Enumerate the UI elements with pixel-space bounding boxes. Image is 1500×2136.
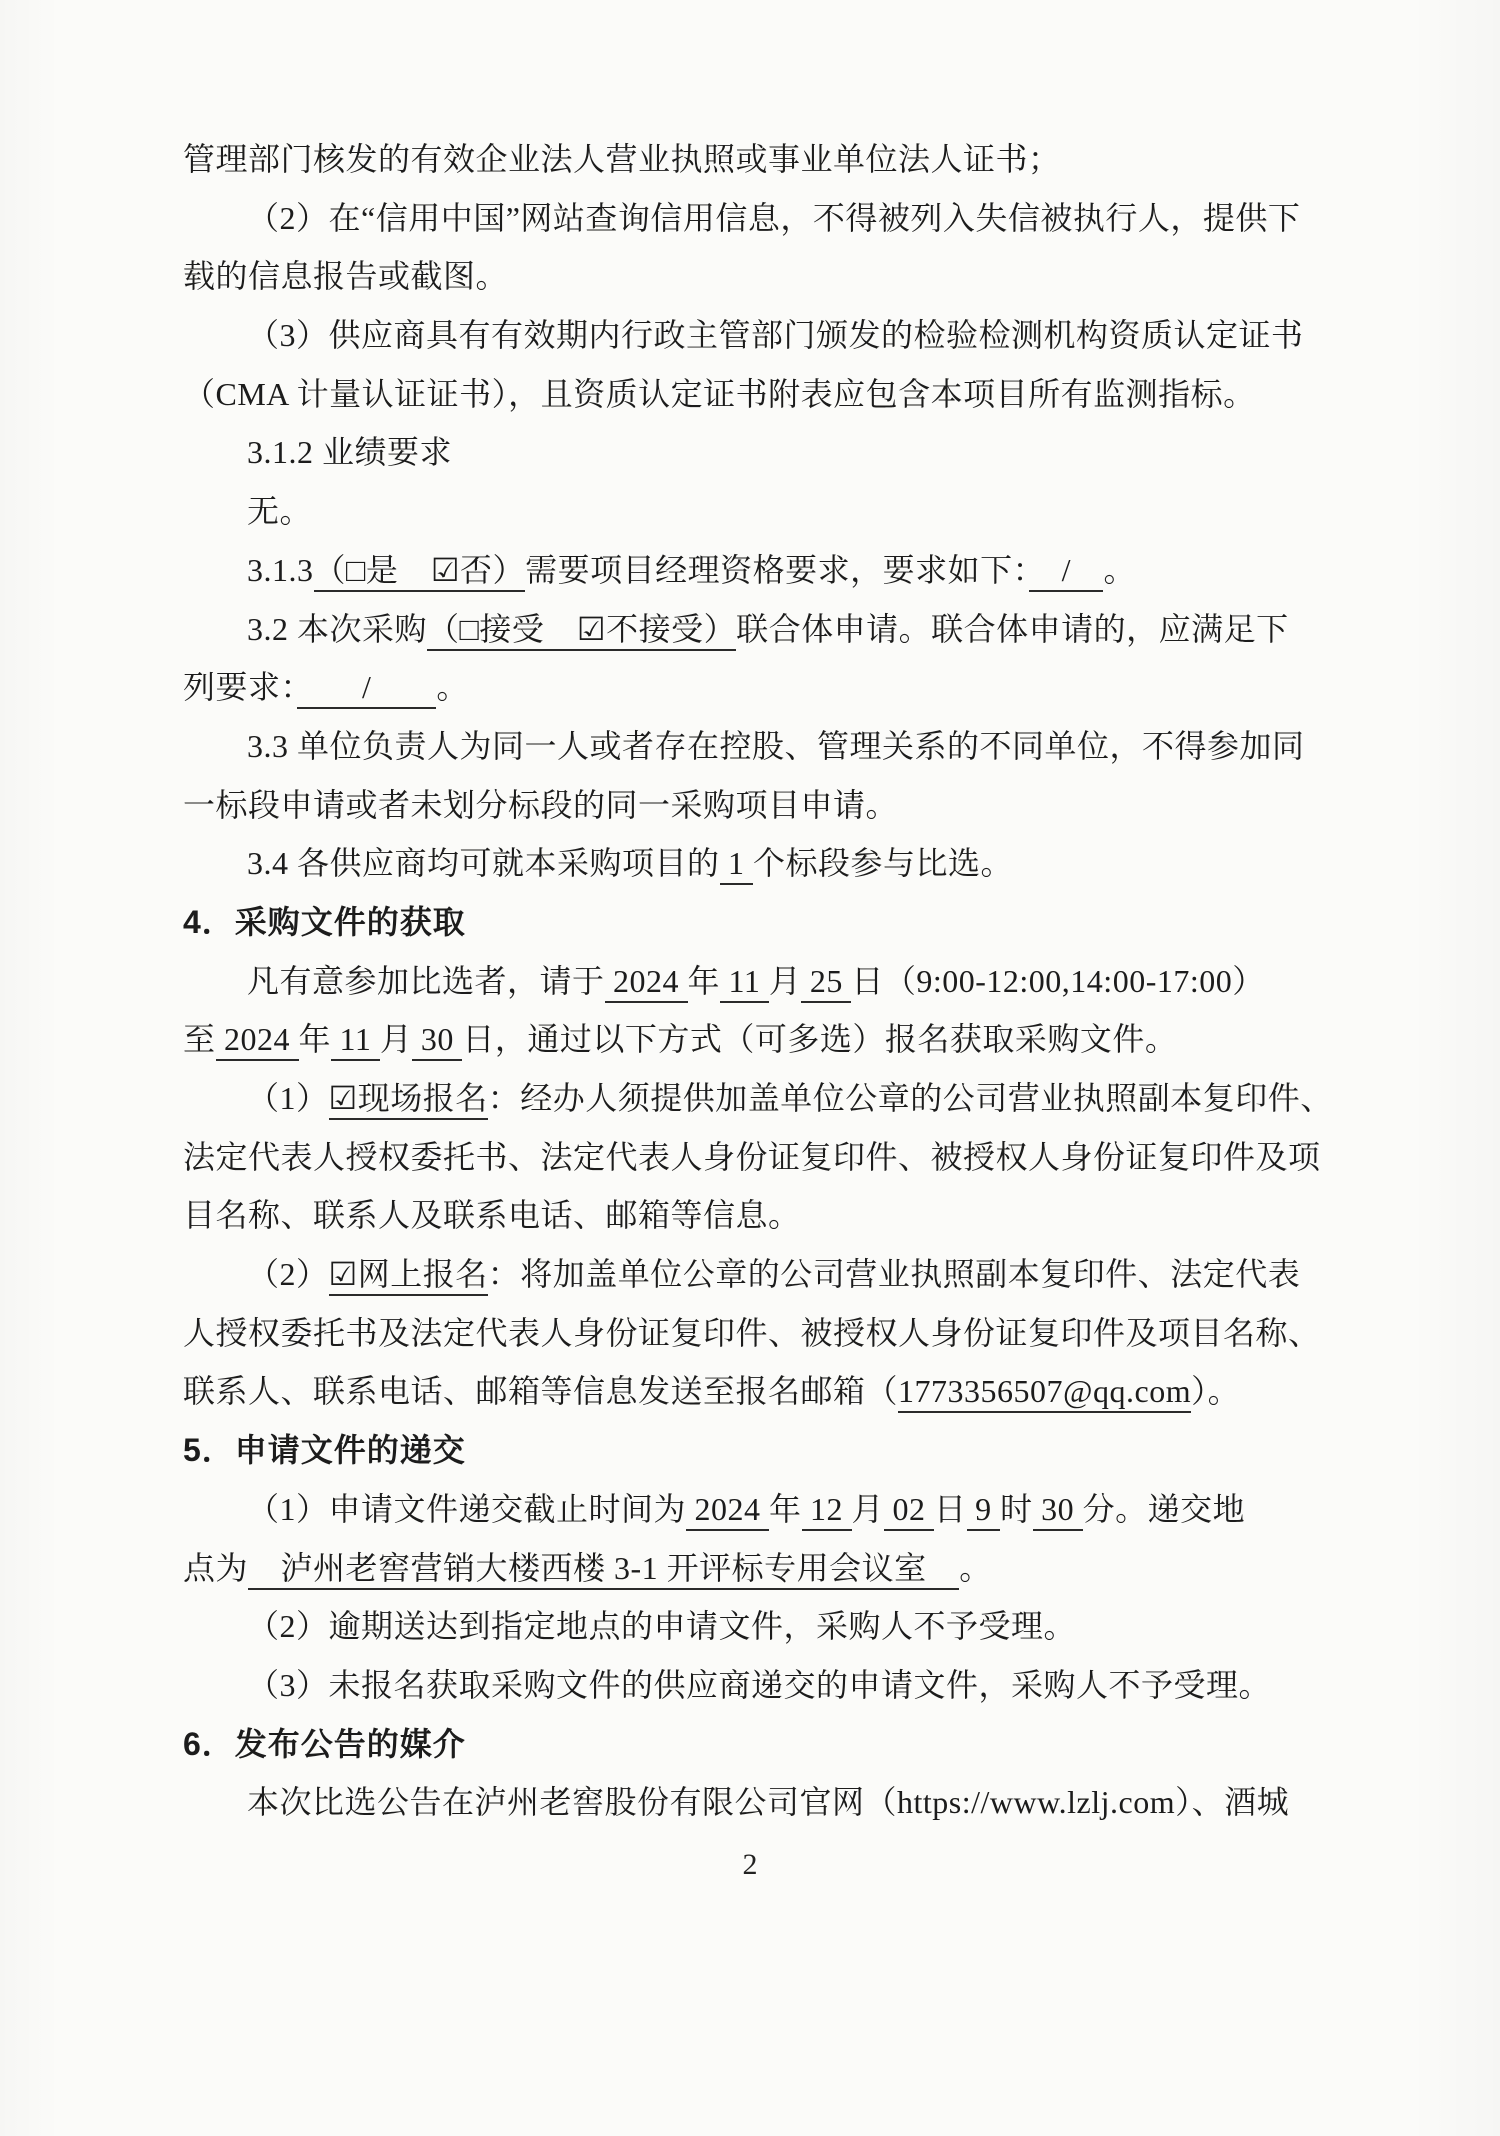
text-line: 至 2024 年 11 月 30 日，通过以下方式（可多选）报名获取采购文件。	[183, 1010, 1333, 1069]
underlined-text: 25	[801, 963, 851, 1003]
section-heading: 6．发布公告的媒介	[183, 1715, 1333, 1774]
checkbox-checked-icon: ☑	[329, 1080, 358, 1120]
underlined-text: （	[314, 552, 347, 592]
text-run: 。	[436, 669, 469, 705]
text-run: 。	[1103, 552, 1136, 588]
text-run: 人授权委托书及法定代表人身份证复印件、被授权人身份证复印件及项目名称、	[183, 1315, 1321, 1351]
text-run: 日，通过以下方式（可多选）报名获取采购文件。	[462, 1021, 1177, 1057]
text-run: 日	[934, 1491, 967, 1527]
text-line: （2）在“信用中国”网站查询信用信息，不得被列入失信被执行人，提供下	[183, 189, 1333, 248]
underlined-text: 是	[366, 552, 431, 592]
text-run: 凡有意参加比选者，请于	[247, 963, 605, 999]
underlined-text: （	[427, 611, 460, 651]
text-line: 载的信息报告或截图。	[183, 247, 1333, 306]
section-heading: 5．申请文件的递交	[183, 1421, 1333, 1480]
underlined-text: 2024	[686, 1491, 769, 1531]
text-run: 列要求：	[183, 669, 297, 705]
text-line: 无。	[183, 482, 1333, 541]
text-run: （2）	[247, 1256, 329, 1292]
checkbox-checked-icon: ☑	[431, 552, 460, 592]
text-run: 联合体申请。联合体申请的，应满足下	[736, 611, 1289, 647]
underlined-text: 02	[884, 1491, 934, 1531]
text-run: 月	[380, 1021, 413, 1057]
text-run: 5．申请文件的递交	[183, 1432, 466, 1468]
text-line: 列要求： / 。	[183, 658, 1333, 717]
underlined-text: 12	[802, 1491, 852, 1531]
text-run: （CMA 计量认证证书），且资质认定证书附表应包含本项目所有监测指标。	[183, 376, 1256, 412]
underlined-text: 11	[331, 1021, 380, 1061]
underlined-text: 1	[720, 845, 754, 885]
text-line: （CMA 计量认证证书），且资质认定证书附表应包含本项目所有监测指标。	[183, 365, 1333, 424]
text-line: 人授权委托书及法定代表人身份证复印件、被授权人身份证复印件及项目名称、	[183, 1304, 1333, 1363]
text-run: 联系人、联系电话、邮箱等信息发送至报名邮箱（	[183, 1373, 898, 1409]
text-run: 。	[959, 1550, 992, 1586]
text-line: 法定代表人授权委托书、法定代表人身份证复印件、被授权人身份证复印件及项	[183, 1128, 1333, 1187]
text-run: 个标段参与比选。	[753, 845, 1013, 881]
text-run: 月	[852, 1491, 885, 1527]
text-run: （3）供应商具有有效期内行政主管部门颁发的检验检测机构资质认定证书	[247, 317, 1304, 353]
text-line: 点为 泸州老窖营销大楼西楼 3-1 开评标专用会议室 。	[183, 1539, 1333, 1598]
page-number: 2	[0, 1848, 1500, 1882]
text-run: 3.1.2 业绩要求	[247, 434, 452, 470]
document-body: 管理部门核发的有效企业法人营业执照或事业单位法人证书；（2）在“信用中国”网站查…	[183, 130, 1333, 1832]
text-run: 4．采购文件的获取	[183, 904, 466, 940]
text-line: （3）未报名获取采购文件的供应商递交的申请文件，采购人不予受理。	[183, 1656, 1333, 1715]
text-line: 目名称、联系人及联系电话、邮箱等信息。	[183, 1186, 1333, 1245]
underlined-text: 11	[720, 963, 769, 1003]
text-run: 3.4 各供应商均可就本采购项目的	[247, 845, 720, 881]
text-line: （1）☑现场报名：经办人须提供加盖单位公章的公司营业执照副本复印件、	[183, 1069, 1333, 1128]
underlined-text: 否）	[460, 552, 525, 592]
text-line: 一标段申请或者未划分标段的同一采购项目申请。	[183, 776, 1333, 835]
text-run: ）。	[1191, 1373, 1240, 1409]
text-run: 本次比选公告在泸州老窖股份有限公司官网（https://www.lzlj.com…	[247, 1784, 1289, 1820]
text-line: 管理部门核发的有效企业法人营业执照或事业单位法人证书；	[183, 130, 1333, 189]
text-line: 3.3 单位负责人为同一人或者存在控股、管理关系的不同单位，不得参加同	[183, 717, 1333, 776]
text-run: 月	[769, 963, 802, 999]
text-run: 时	[1000, 1491, 1033, 1527]
text-run: 年	[299, 1021, 332, 1057]
underlined-text: /	[297, 669, 436, 709]
text-line: 3.1.2 业绩要求	[183, 423, 1333, 482]
underlined-text: 接受	[479, 611, 577, 651]
text-run: 6．发布公告的媒介	[183, 1726, 466, 1762]
text-run: 年	[769, 1491, 802, 1527]
document-page: 管理部门核发的有效企业法人营业执照或事业单位法人证书；（2）在“信用中国”网站查…	[0, 0, 1500, 2136]
underlined-text: 现场报名	[358, 1080, 488, 1120]
underlined-text: 30	[412, 1021, 462, 1061]
text-run: 无。	[247, 493, 312, 529]
checkbox-unchecked-icon: □	[346, 552, 366, 592]
text-run: 目名称、联系人及联系电话、邮箱等信息。	[183, 1197, 801, 1233]
checkbox-checked-icon: ☑	[329, 1256, 358, 1296]
underlined-text: 2024	[216, 1021, 299, 1061]
text-run: 载的信息报告或截图。	[183, 258, 508, 294]
text-line: （3）供应商具有有效期内行政主管部门颁发的检验检测机构资质认定证书	[183, 306, 1333, 365]
text-run: （2）逾期送达到指定地点的申请文件，采购人不予受理。	[247, 1608, 1076, 1644]
text-run: （3）未报名获取采购文件的供应商递交的申请文件，采购人不予受理。	[247, 1667, 1271, 1703]
underlined-text: 1773356507@qq.com	[898, 1373, 1191, 1413]
text-line: （1）申请文件递交截止时间为 2024 年 12 月 02 日 9 时 30 分…	[183, 1480, 1333, 1539]
text-run: 3.3 单位负责人为同一人或者存在控股、管理关系的不同单位，不得参加同	[247, 728, 1305, 764]
underlined-text: /	[1029, 552, 1103, 592]
text-line: 3.1.3（□是 ☑否）需要项目经理资格要求，要求如下： / 。	[183, 541, 1333, 600]
underlined-text: 泸州老窖营销大楼西楼 3-1 开评标专用会议室	[248, 1550, 959, 1590]
text-run: （2）在“信用中国”网站查询信用信息，不得被列入失信被执行人，提供下	[247, 200, 1300, 236]
underlined-text: 2024	[605, 963, 688, 1003]
text-line: （2）逾期送达到指定地点的申请文件，采购人不予受理。	[183, 1597, 1333, 1656]
text-run: 至	[183, 1021, 216, 1057]
underlined-text: 30	[1033, 1491, 1083, 1531]
text-run: 点为	[183, 1550, 248, 1586]
text-run: 3.1.3	[247, 552, 314, 588]
text-line: 本次比选公告在泸州老窖股份有限公司官网（https://www.lzlj.com…	[183, 1773, 1333, 1832]
checkbox-checked-icon: ☑	[577, 611, 606, 651]
underlined-text: 网上报名	[358, 1256, 488, 1296]
text-line: 3.4 各供应商均可就本采购项目的 1 个标段参与比选。	[183, 834, 1333, 893]
text-run: ：将加盖单位公章的公司营业执照副本复印件、法定代表	[488, 1256, 1301, 1292]
text-run: 一标段申请或者未划分标段的同一采购项目申请。	[183, 787, 898, 823]
text-line: 联系人、联系电话、邮箱等信息发送至报名邮箱（1773356507@qq.com）…	[183, 1362, 1333, 1421]
text-run: 日（9:00-12:00,14:00-17:00）	[851, 963, 1264, 999]
text-run: 管理部门核发的有效企业法人营业执照或事业单位法人证书；	[183, 141, 1061, 177]
text-run: 分。递交地	[1083, 1491, 1246, 1527]
text-run: （1）	[247, 1080, 329, 1116]
underlined-text: 9	[967, 1491, 1001, 1531]
text-run: 年	[688, 963, 721, 999]
text-line: 3.2 本次采购（□接受 ☑不接受）联合体申请。联合体申请的，应满足下	[183, 600, 1333, 659]
text-run: 3.2 本次采购	[247, 611, 427, 647]
text-line: （2）☑网上报名：将加盖单位公章的公司营业执照副本复印件、法定代表	[183, 1245, 1333, 1304]
text-run: （1）申请文件递交截止时间为	[247, 1491, 686, 1527]
section-heading: 4．采购文件的获取	[183, 893, 1333, 952]
text-line: 凡有意参加比选者，请于 2024 年 11 月 25 日（9:00-12:00,…	[183, 952, 1333, 1011]
text-run: 法定代表人授权委托书、法定代表人身份证复印件、被授权人身份证复印件及项	[183, 1139, 1321, 1175]
text-run: 需要项目经理资格要求，要求如下：	[525, 552, 1029, 588]
text-run: ：经办人须提供加盖单位公章的公司营业执照副本复印件、	[488, 1080, 1333, 1116]
underlined-text: 不接受）	[606, 611, 736, 651]
checkbox-unchecked-icon: □	[460, 611, 480, 651]
